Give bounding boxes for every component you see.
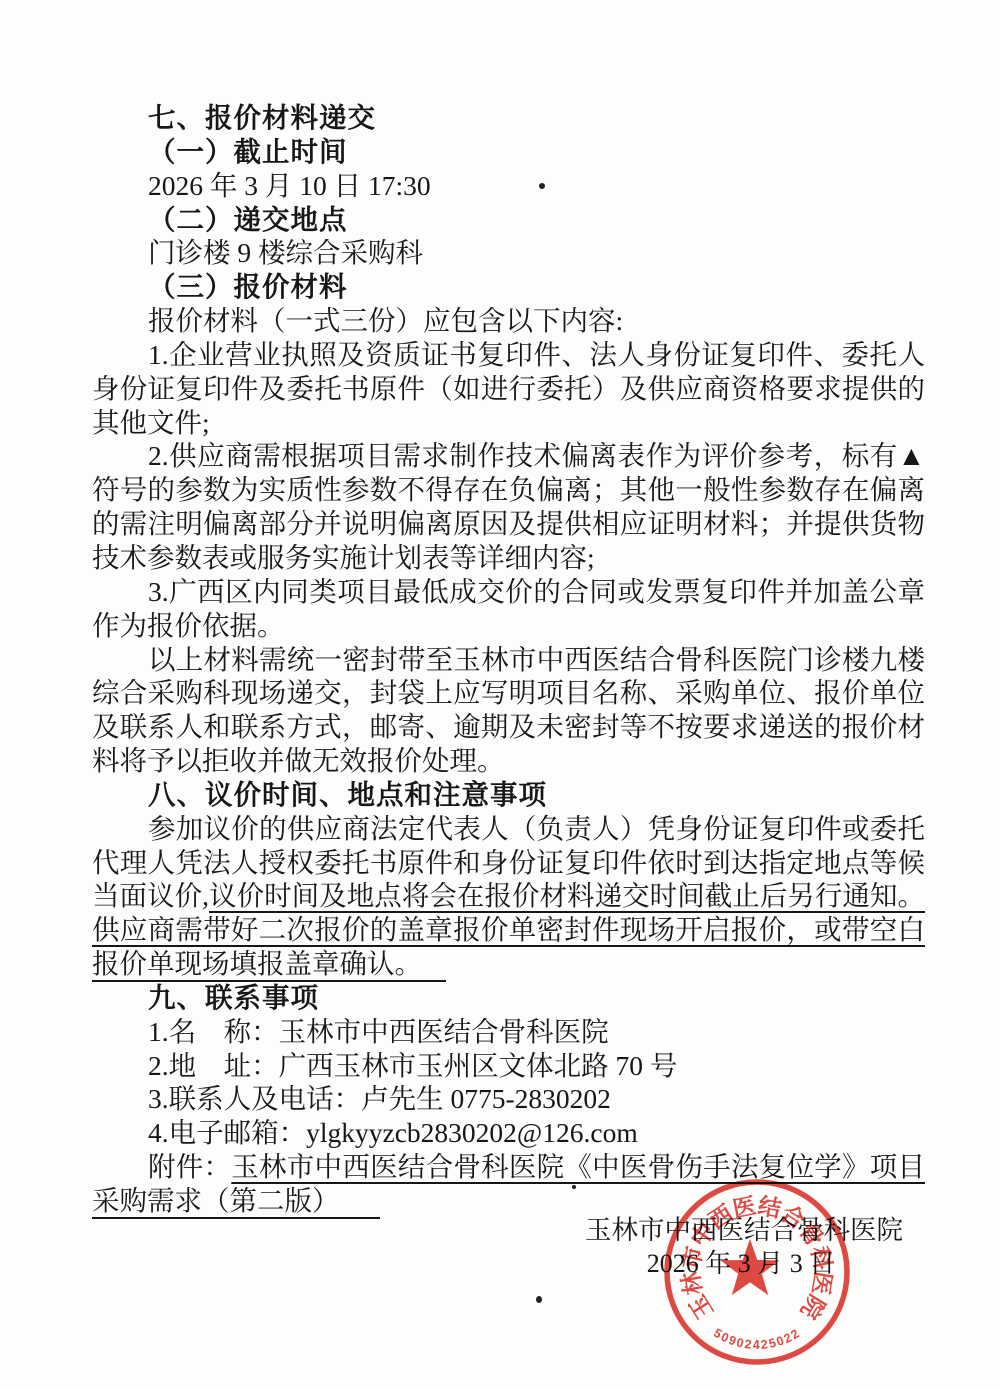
item1-line1: 1.企业营业执照及资质证书复印件、法人身份证复印件、委托人 [92,338,925,372]
ink-dot [572,1185,576,1189]
section-9-heading: 九、联系事项 [92,981,925,1015]
section-7-heading: 七、报价材料递交 [92,101,925,135]
item2-line1: 2.供应商需根据项目需求制作技术偏离表作为评价参考，标有▲ [92,439,925,473]
item2-line3: 的需注明偏离部分并说明偏离原因及提供相应证明材料；并提供货物 [92,507,925,541]
section-7-sub2-heading: （二）递交地点 [92,203,925,237]
deadline-value: 2026 年 3 月 10 日 17:30 [92,169,925,203]
seal-star-icon [721,1239,780,1295]
item3-line2: 作为报价依据。 [92,609,925,643]
seal-char: 医 [731,1192,759,1222]
attachment-line2-underlined: 采购需求（第二版） [92,1185,380,1219]
submission-location: 门诊楼 9 楼综合采购科 [92,236,925,270]
org-name-line: 1.名 称：玉林市中西医结合骨科医院 [92,1015,925,1049]
section-8-heading: 八、议价时间、地点和注意事项 [92,778,925,812]
ink-dot [539,183,545,189]
materials-intro: 报价材料（一式三份）应包含以下内容: [92,304,925,338]
org-address-line: 2.地 址：广西玉林市玉州区文体北路 70 号 [92,1049,925,1083]
document-body: 七、报价材料递交 （一）截止时间 2026 年 3 月 10 日 17:30 （… [92,101,925,1218]
negotiation-line4-underlined: 供应商需带好二次报价的盖章报价单密封件现场开启报价，或带空白 [92,914,925,945]
contact-email-line: 4.电子邮箱：ylgkyyzcb2830202@126.com [92,1116,925,1150]
negotiation-line3-underlined: 议价时间及地点将会在报价材料递交时间截止后另行通知。 [209,880,925,911]
section-7-sub1-heading: （一）截止时间 [92,135,925,169]
negotiation-line4: 供应商需带好二次报价的盖章报价单密封件现场开启报价，或带空白 [92,913,925,947]
seal-char: 林 [677,1269,707,1297]
ink-dot [536,1296,542,1303]
item3-line1: 3.广西区内同类项目最低成交价的合同或发票复印件并加盖公章 [92,575,925,609]
negotiation-line3-plain: 当面议价, [92,880,209,911]
scanned-document-page: 七、报价材料递交 （一）截止时间 2026 年 3 月 10 日 17:30 （… [0,0,1000,1390]
negotiation-line5: 报价单现场填报盖章确认。 [92,947,925,981]
seal-char: 科 [806,1244,837,1273]
section-7-sub3-heading: （三）报价材料 [92,270,925,304]
negotiation-line5-underlined: 报价单现场填报盖章确认。 [92,948,446,982]
negotiation-line2: 代理人凭法人授权委托书原件和身份证复印件依时到达指定地点等候 [92,846,925,880]
sealed-delivery-note-line2: 综合采购科现场递交，封袋上应写明项目名称、采购单位、报价单位 [92,676,925,710]
negotiation-line3: 当面议价,议价时间及地点将会在报价材料递交时间截止后另行通知。 [92,879,925,913]
seal-ring-text: 玉 林 市 中 西 医 结 合 骨 科 医 院 [677,1192,837,1323]
official-red-seal: 玉 林 市 中 西 医 结 合 骨 科 医 院 4509024250226 [657,1172,857,1372]
item1-line3: 其他文件; [92,406,925,440]
attachment-label: 附件： [148,1151,231,1182]
item2-line4: 技术参数表或服务实施计划表等详细内容; [92,541,925,575]
item2-line2: 符号的参数为实质性参数不得存在负偏离；其他一般性参数存在偏离 [92,473,925,507]
item1-line2: 身份证复印件及委托书原件（如进行委托）及供应商资格要求提供的 [92,372,925,406]
sealed-delivery-note-line4: 料将予以拒收并做无效报价处理。 [92,744,925,778]
negotiation-line1: 参加议价的供应商法定代表人（负责人）凭身份证复印件或委托 [92,812,925,846]
sealed-delivery-note-line1: 以上材料需统一密封带至玉林市中西医结合骨科医院门诊楼九楼 [92,643,925,677]
sealed-delivery-note-line3: 及联系人和联系方式，邮寄、逾期及未密封等不按要求递送的报价材 [92,710,925,744]
contact-phone-line: 3.联系人及电话：卢先生 0775-2830202 [92,1082,925,1116]
